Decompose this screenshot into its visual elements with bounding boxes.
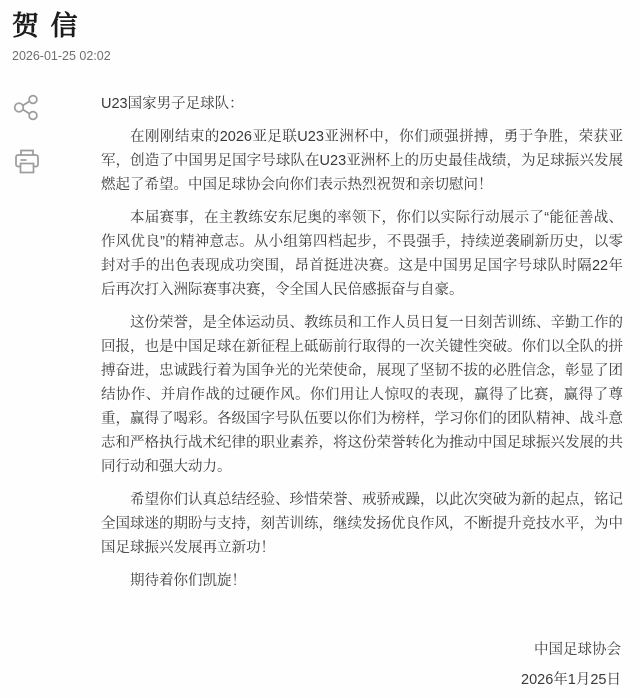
- letter-closing: 期待着你们凯旋！: [101, 569, 623, 593]
- article-header: 贺 信 2026-01-25 02:02: [0, 0, 640, 64]
- print-button[interactable]: [13, 147, 41, 176]
- content-row: U23国家男子足球队： 在刚刚结束的2026亚足联U23亚洲杯中，你们顽强拼搏，…: [0, 92, 640, 692]
- letter-paragraph-4: 希望你们认真总结经验、珍惜荣誉、戒骄戒躁，以此次突破为新的起点，铭记全国球迷的期…: [101, 488, 623, 560]
- page-title: 贺 信: [12, 8, 628, 45]
- letter-paragraph-3: 这份荣誉，是全体运动员、教练员和工作人员日复一日刻苦训练、辛勤工作的回报，也是中…: [101, 311, 623, 479]
- share-icon: [13, 94, 39, 121]
- share-button[interactable]: [13, 94, 39, 121]
- letter-salutation: U23国家男子足球队：: [101, 92, 623, 116]
- signature-date: 2026年1月25日: [101, 668, 621, 692]
- article-page: 贺 信 2026-01-25 02:02: [0, 0, 640, 698]
- printer-icon: [13, 147, 41, 176]
- signature-name: 中国足球协会: [101, 638, 621, 662]
- letter-paragraph-2: 本届赛事，在主教练安东尼奥的率领下，你们以实际行动展示了“能征善战、作风优良”的…: [101, 206, 623, 302]
- letter-paragraph-1: 在刚刚结束的2026亚足联U23亚洲杯中，你们顽强拼搏，勇于争胜，荣获亚军，创造…: [101, 125, 623, 197]
- tools-sidebar: [0, 92, 101, 176]
- signature-block: 中国足球协会 2026年1月25日: [101, 638, 623, 692]
- publish-date: 2026-01-25 02:02: [12, 48, 628, 64]
- letter-body: U23国家男子足球队： 在刚刚结束的2026亚足联U23亚洲杯中，你们顽强拼搏，…: [101, 92, 623, 692]
